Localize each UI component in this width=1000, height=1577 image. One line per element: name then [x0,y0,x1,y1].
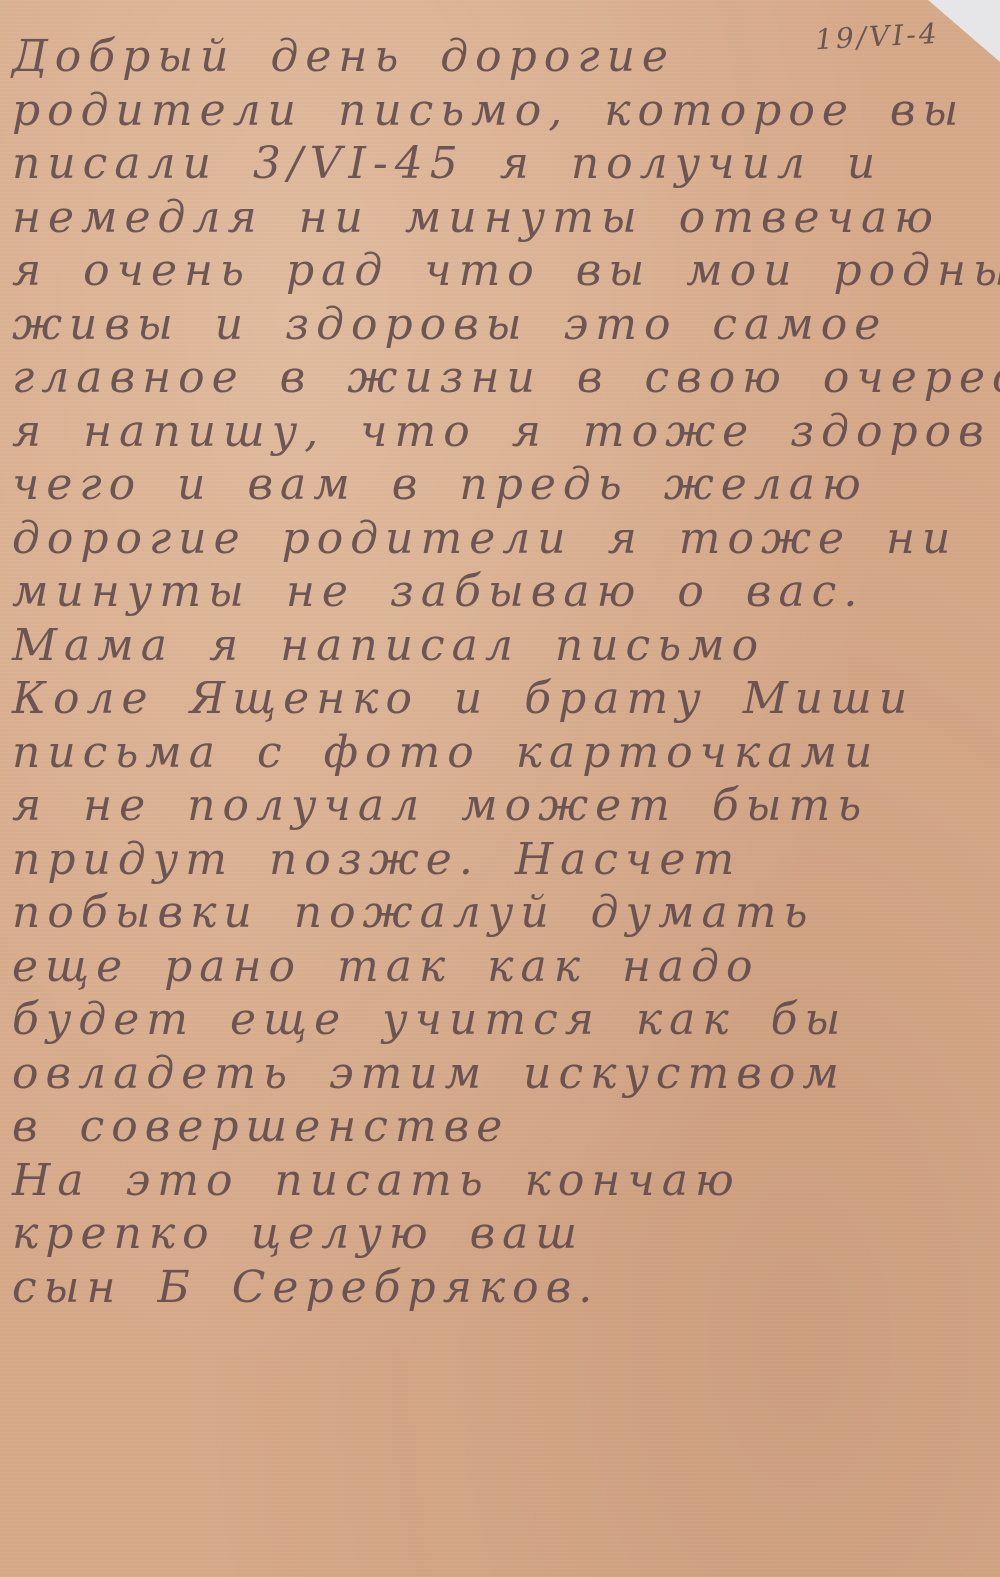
letter-line: главное в жизни в свою очередь [12,351,987,405]
letter-line: Добрый день дорогие [12,30,987,84]
letter-line: писали 3/VI-45 я получил и [12,137,987,191]
letter-line: родители письмо, которое вы [12,84,987,138]
letter-line: еще рано так как надо [12,940,987,994]
letter-line: крепко целую ваш [12,1207,987,1261]
letter-line: я очень рад что вы мои родные [12,244,987,298]
letter-line: я не получал может быть [12,779,987,833]
letter-line: в совершенстве [12,1100,987,1154]
letter-signature: сын Б Серебряков. [12,1261,987,1315]
letter-line: я напишу, что я тоже здоров [12,405,987,459]
letter-line: придут позже. Насчет [12,833,987,887]
postcard-paper: 19/VI-4 Добрый день дорогие родители пис… [0,0,1000,1577]
letter-line: дорогие родители я тоже ни [12,512,987,566]
letter-line: письма с фото карточками [12,726,987,780]
letter-body: Добрый день дорогие родители письмо, кот… [12,30,987,1314]
letter-line: Коле Ященко и брату Миши [12,672,987,726]
letter-line: минуты не забываю о вас. [12,565,987,619]
letter-line: чего и вам в предь желаю [12,458,987,512]
letter-line: Мама я написал письмо [12,619,987,673]
letter-line: овладеть этим искуством [12,1047,987,1101]
letter-line: будет еще учится как бы [12,993,987,1047]
letter-line: На это писать кончаю [12,1154,987,1208]
letter-line: побывки пожалуй думать [12,886,987,940]
letter-line: немедля ни минуты отвечаю [12,191,987,245]
letter-line: живы и здоровы это самое [12,298,987,352]
